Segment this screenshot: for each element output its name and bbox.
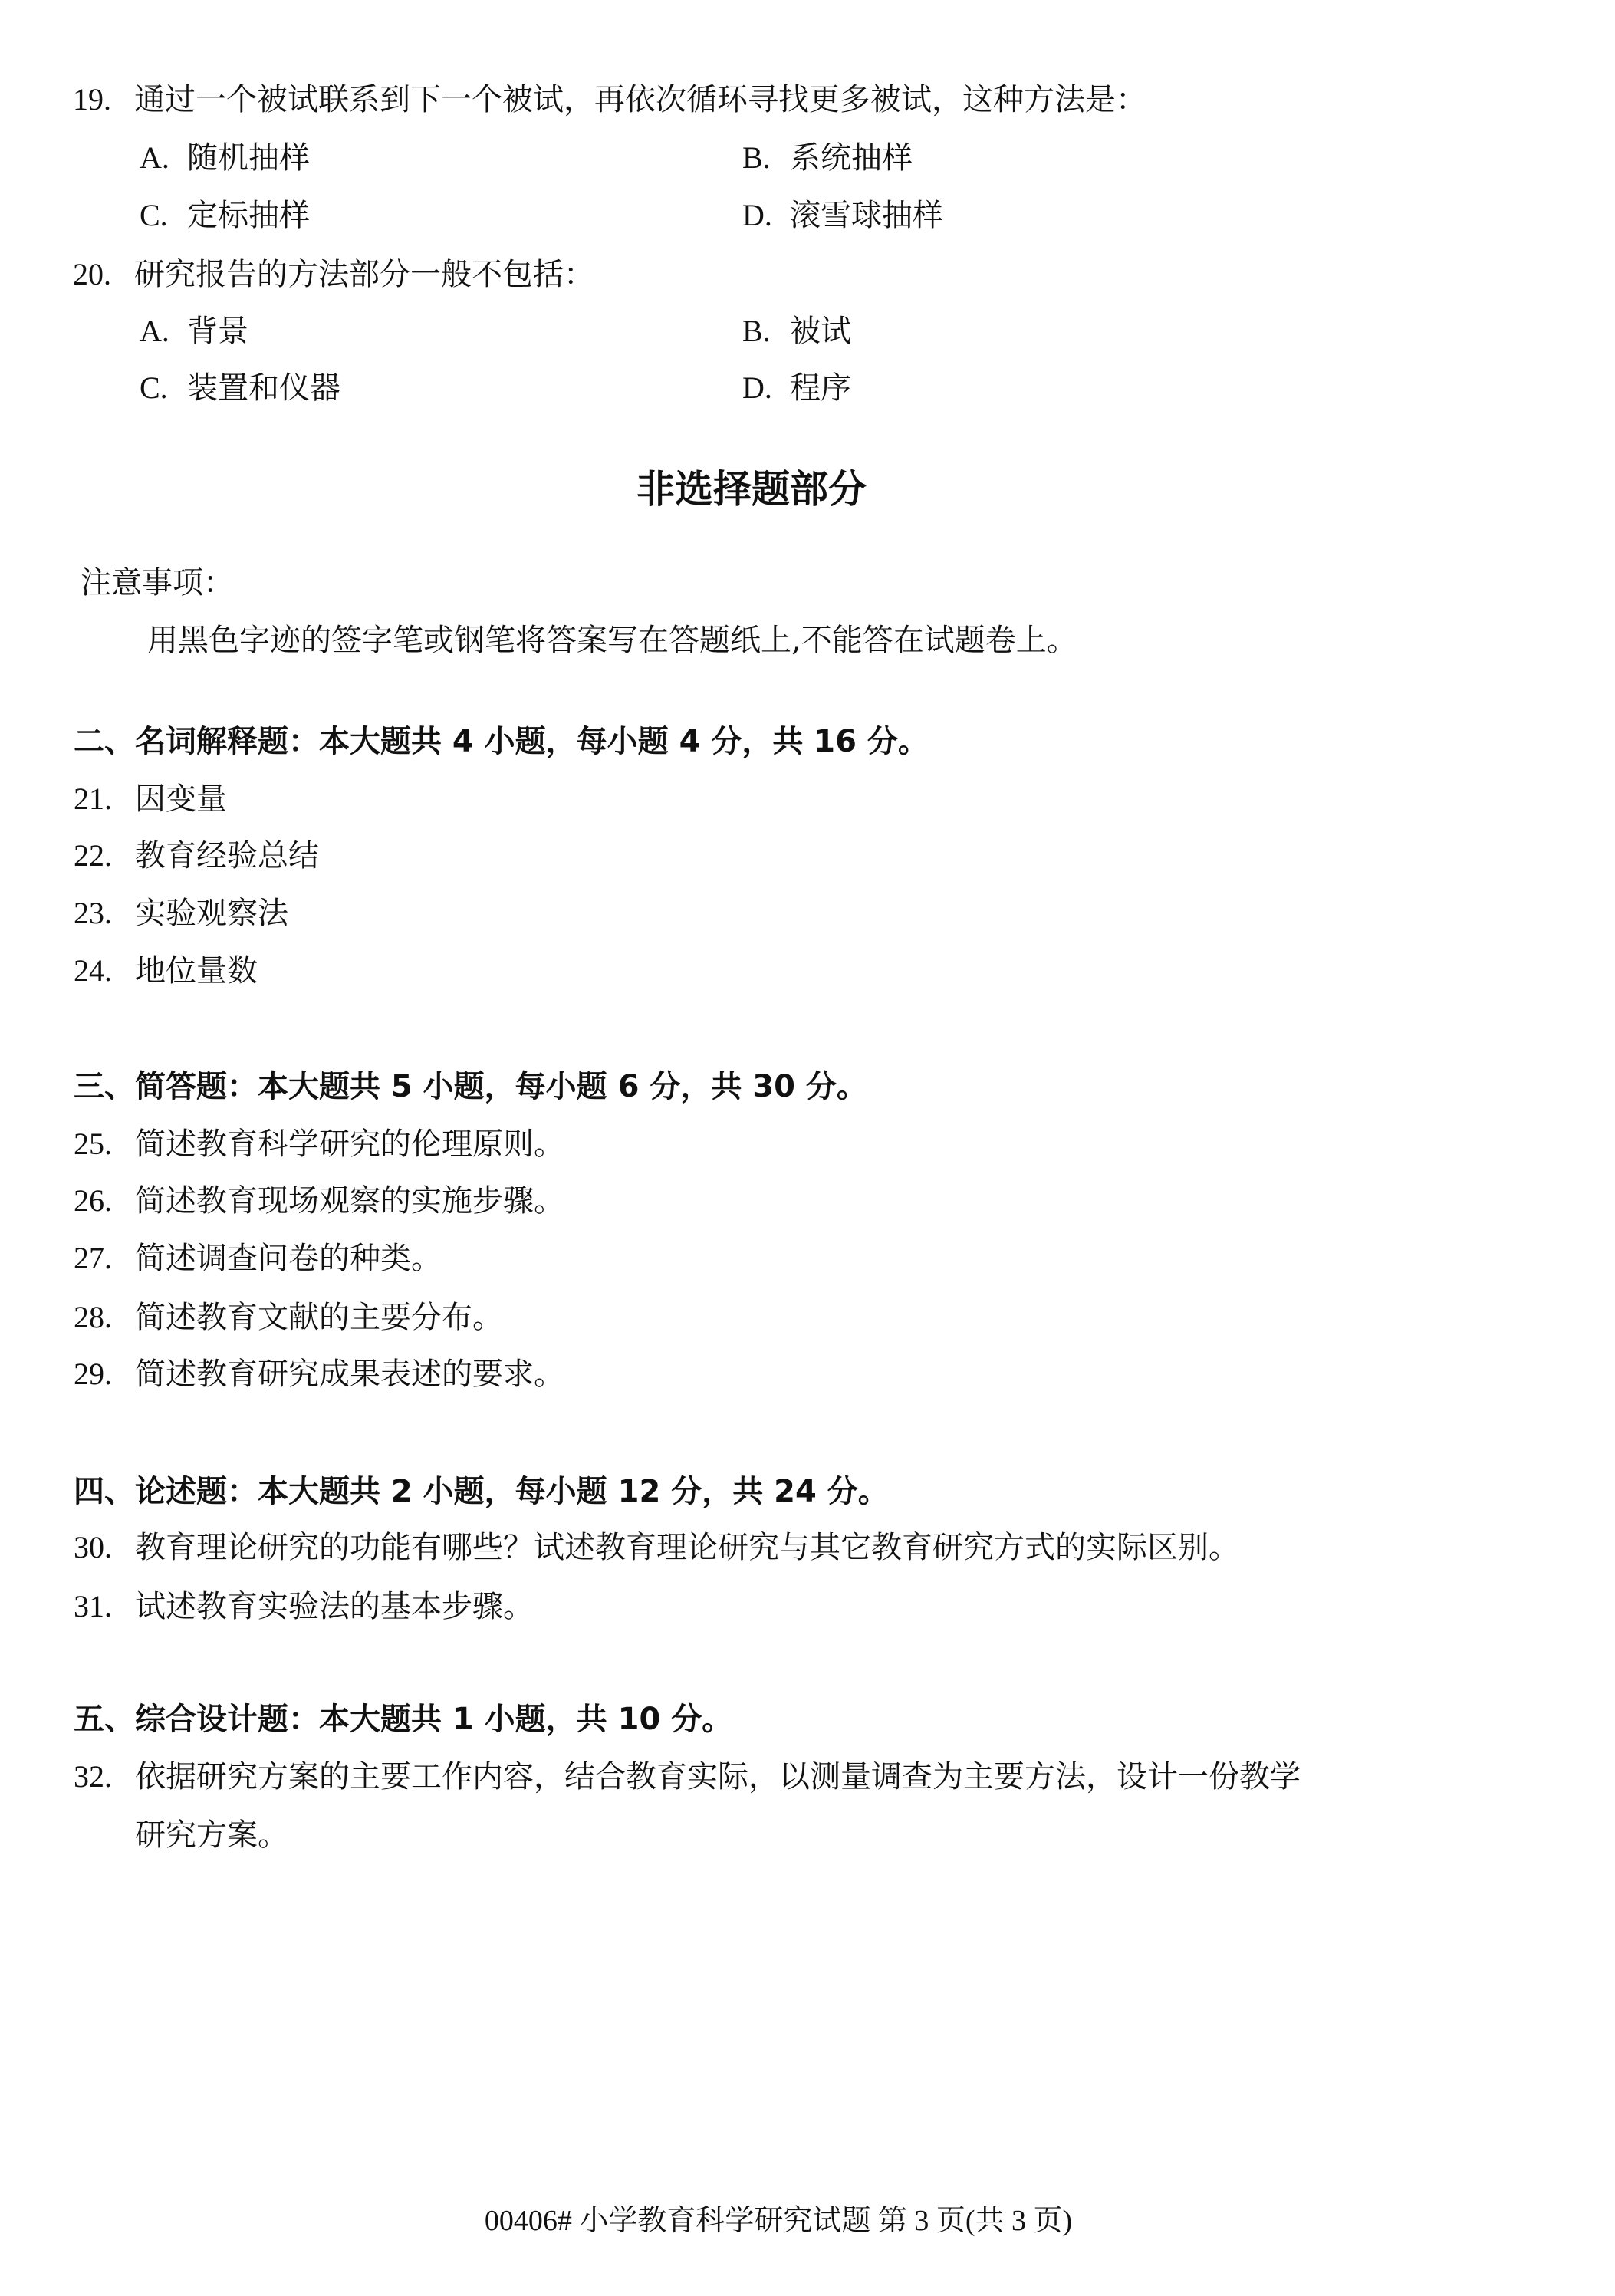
option-20-c: C.装置和仪器 [140,370,340,406]
question-25: 25.简述教育科学研究的伦理原则。 [74,1126,564,1163]
question-26: 26.简述教育现场观察的实施步骤。 [74,1183,564,1219]
question-30: 30.教育理论研究的功能有哪些？试述教育理论研究与其它教育研究方式的实际区别。 [74,1529,1239,1566]
section-heading-5: 五、综合设计题：本大题共 1 小题，共 10 分。 [74,1701,732,1738]
question-22: 22.教育经验总结 [74,837,319,874]
question-23: 23.实验观察法 [74,895,288,932]
page-footer: 00406# 小学教育科学研究试题 第 3 页(共 3 页) [0,2202,1557,2239]
notice-text: 用黑色字迹的签字笔或钢笔将答案写在答题纸上,不能答在试题卷上。 [147,622,1077,659]
option-19-c: C.定标抽样 [140,197,310,234]
question-20: 20.研究报告的方法部分一般不包括： [73,256,594,293]
question-27: 27.简述调查问卷的种类。 [74,1240,442,1277]
question-31: 31.试述教育实验法的基本步骤。 [74,1588,534,1625]
option-20-a: A.背景 [140,313,248,350]
section-heading-3: 三、简答题：本大题共 5 小题，每小题 6 分，共 30 分。 [74,1068,867,1105]
question-text: 通过一个被试联系到下一个被试，再依次循环寻找更多被试，这种方法是： [134,82,1146,117]
question-number: 20. [73,256,134,293]
notice-label: 注意事项： [81,564,234,601]
question-32: 32.依据研究方案的主要工作内容，结合教育实际，以测量调查为主要方法，设计一份教… [74,1758,1301,1795]
question-28: 28.简述教育文献的主要分布。 [74,1299,503,1336]
question-19: 19.通过一个被试联系到下一个被试，再依次循环寻找更多被试，这种方法是： [73,81,1146,118]
option-19-a: A.随机抽样 [140,140,310,176]
option-19-d: D.滚雪球抽样 [742,197,943,234]
section-heading-4: 四、论述题：本大题共 2 小题，每小题 12 分，共 24 分。 [74,1473,889,1510]
option-19-b: B.系统抽样 [742,140,913,176]
section-heading-2: 二、名词解释题：本大题共 4 小题，每小题 4 分，共 16 分。 [74,723,929,760]
option-20-d: D.程序 [742,370,851,406]
question-24: 24.地位量数 [74,952,258,989]
question-number: 19. [73,81,134,118]
question-text: 研究报告的方法部分一般不包括： [134,257,594,292]
question-32-continuation: 研究方案。 [135,1817,288,1854]
part-title: 非选择题部分 [0,466,1503,512]
option-20-b: B.被试 [742,313,851,350]
question-21: 21.因变量 [74,781,227,817]
question-29: 29.简述教育研究成果表述的要求。 [74,1356,564,1393]
